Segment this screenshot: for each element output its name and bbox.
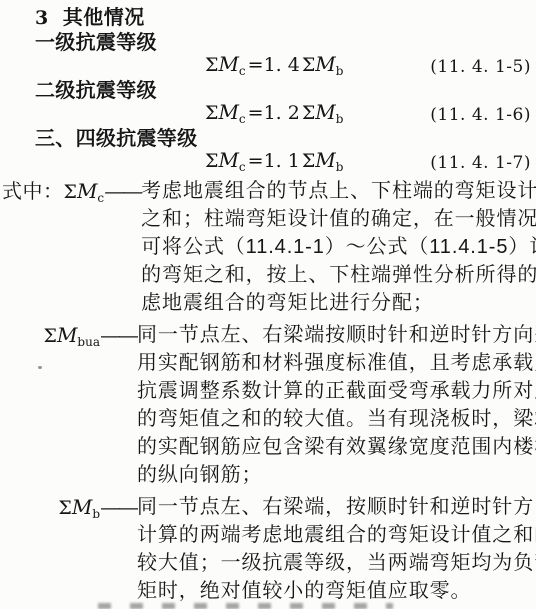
definition-line: 较大值；一级抗震等级，当两端弯矩均为负弯 — [137, 549, 536, 577]
definition-line: 的弯矩之和，按上、下柱端弹性分析所得的考 — [141, 261, 536, 289]
formula-expression-3: ΣMc=1. 1ΣMb — [205, 148, 343, 179]
formula-expression-1: ΣMc=1. 4ΣMb — [205, 52, 343, 83]
definition-line: 用实配钢筋和材料强度标准值，且考虑承载力 — [137, 349, 536, 377]
definition-line: 矩时，绝对值较小的弯矩值应取零。 — [137, 577, 536, 605]
em-dash: —— — [101, 323, 137, 351]
document-page: 3其他情况 一级抗震等级 ΣMc=1. 4ΣMb (11. 4. 1-5) 二级… — [0, 0, 536, 609]
section-heading: 3其他情况 — [35, 5, 536, 31]
scan-noise-dot — [38, 366, 42, 369]
em-dash: —— — [101, 495, 137, 523]
definition-line: 同一节点左、右梁端，按顺时针和逆时针方向 — [137, 493, 536, 521]
definition-line: 虑地震组合的弯矩比进行分配； — [141, 289, 536, 317]
definition-sum-mbua: ΣMbua —— 同一节点左、右梁端按顺时针和逆时针方向采 用实配钢筋和材料强度… — [0, 321, 536, 489]
term-symbol-mc: ΣMc — [64, 177, 105, 212]
formula-expression-2: ΣMc=1. 2ΣMb — [205, 100, 343, 131]
formula-row-2: ΣMc=1. 2ΣMb (11. 4. 1-6) — [0, 103, 536, 127]
equation-number-3: (11. 4. 1-7) — [430, 151, 531, 175]
where-label: 式中： — [2, 178, 64, 206]
term-symbol-mb: ΣMb — [58, 493, 100, 528]
section-title: 其他情况 — [63, 7, 145, 29]
equation-number-2: (11. 4. 1-6) — [430, 103, 531, 127]
definition-sum-mc: 式中： ΣMc —— 考虑地震组合的节点上、下柱端的弯矩设计值 之和；柱端弯矩设… — [0, 177, 536, 317]
formula-row-3: ΣMc=1. 1ΣMb (11. 4. 1-7) — [0, 151, 536, 175]
definition-line: 考虑地震组合的节点上、下柱端的弯矩设计值 — [141, 177, 536, 205]
definition-line: 之和；柱端弯矩设计值的确定，在一般情况下， — [141, 205, 536, 233]
formula-row-1: ΣMc=1. 4ΣMb (11. 4. 1-5) — [0, 55, 536, 79]
definition-line: 可将公式（11.4.1-1）～公式（11.4.1-5）计算 — [141, 233, 536, 261]
definition-line: 的纵向钢筋； — [137, 461, 536, 489]
section-number: 3 — [35, 7, 49, 29]
definition-line: 抗震调整系数计算的正截面受弯承载力所对应 — [137, 377, 536, 405]
definition-list: 式中： ΣMc —— 考虑地震组合的节点上、下柱端的弯矩设计值 之和；柱端弯矩设… — [0, 177, 536, 605]
definition-line: 的实配钢筋应包含梁有效翼缘宽度范围内楼板 — [137, 433, 536, 461]
definition-line: 同一节点左、右梁端按顺时针和逆时针方向采 — [137, 321, 536, 349]
term-symbol-mbua: ΣMbua — [44, 321, 101, 356]
definition-line: 的弯矩值之和的较大值。当有现浇板时，梁端 — [137, 405, 536, 433]
em-dash: —— — [105, 179, 141, 207]
definition-sum-mb: ΣMb —— 同一节点左、右梁端，按顺时针和逆时针方向 计算的两端考虑地震组合的… — [0, 493, 536, 605]
equation-number-1: (11. 4. 1-5) — [430, 55, 531, 79]
definition-line: 计算的两端考虑地震组合的弯矩设计值之和的 — [137, 521, 536, 549]
scan-cutoff-line-artifact — [98, 603, 393, 609]
